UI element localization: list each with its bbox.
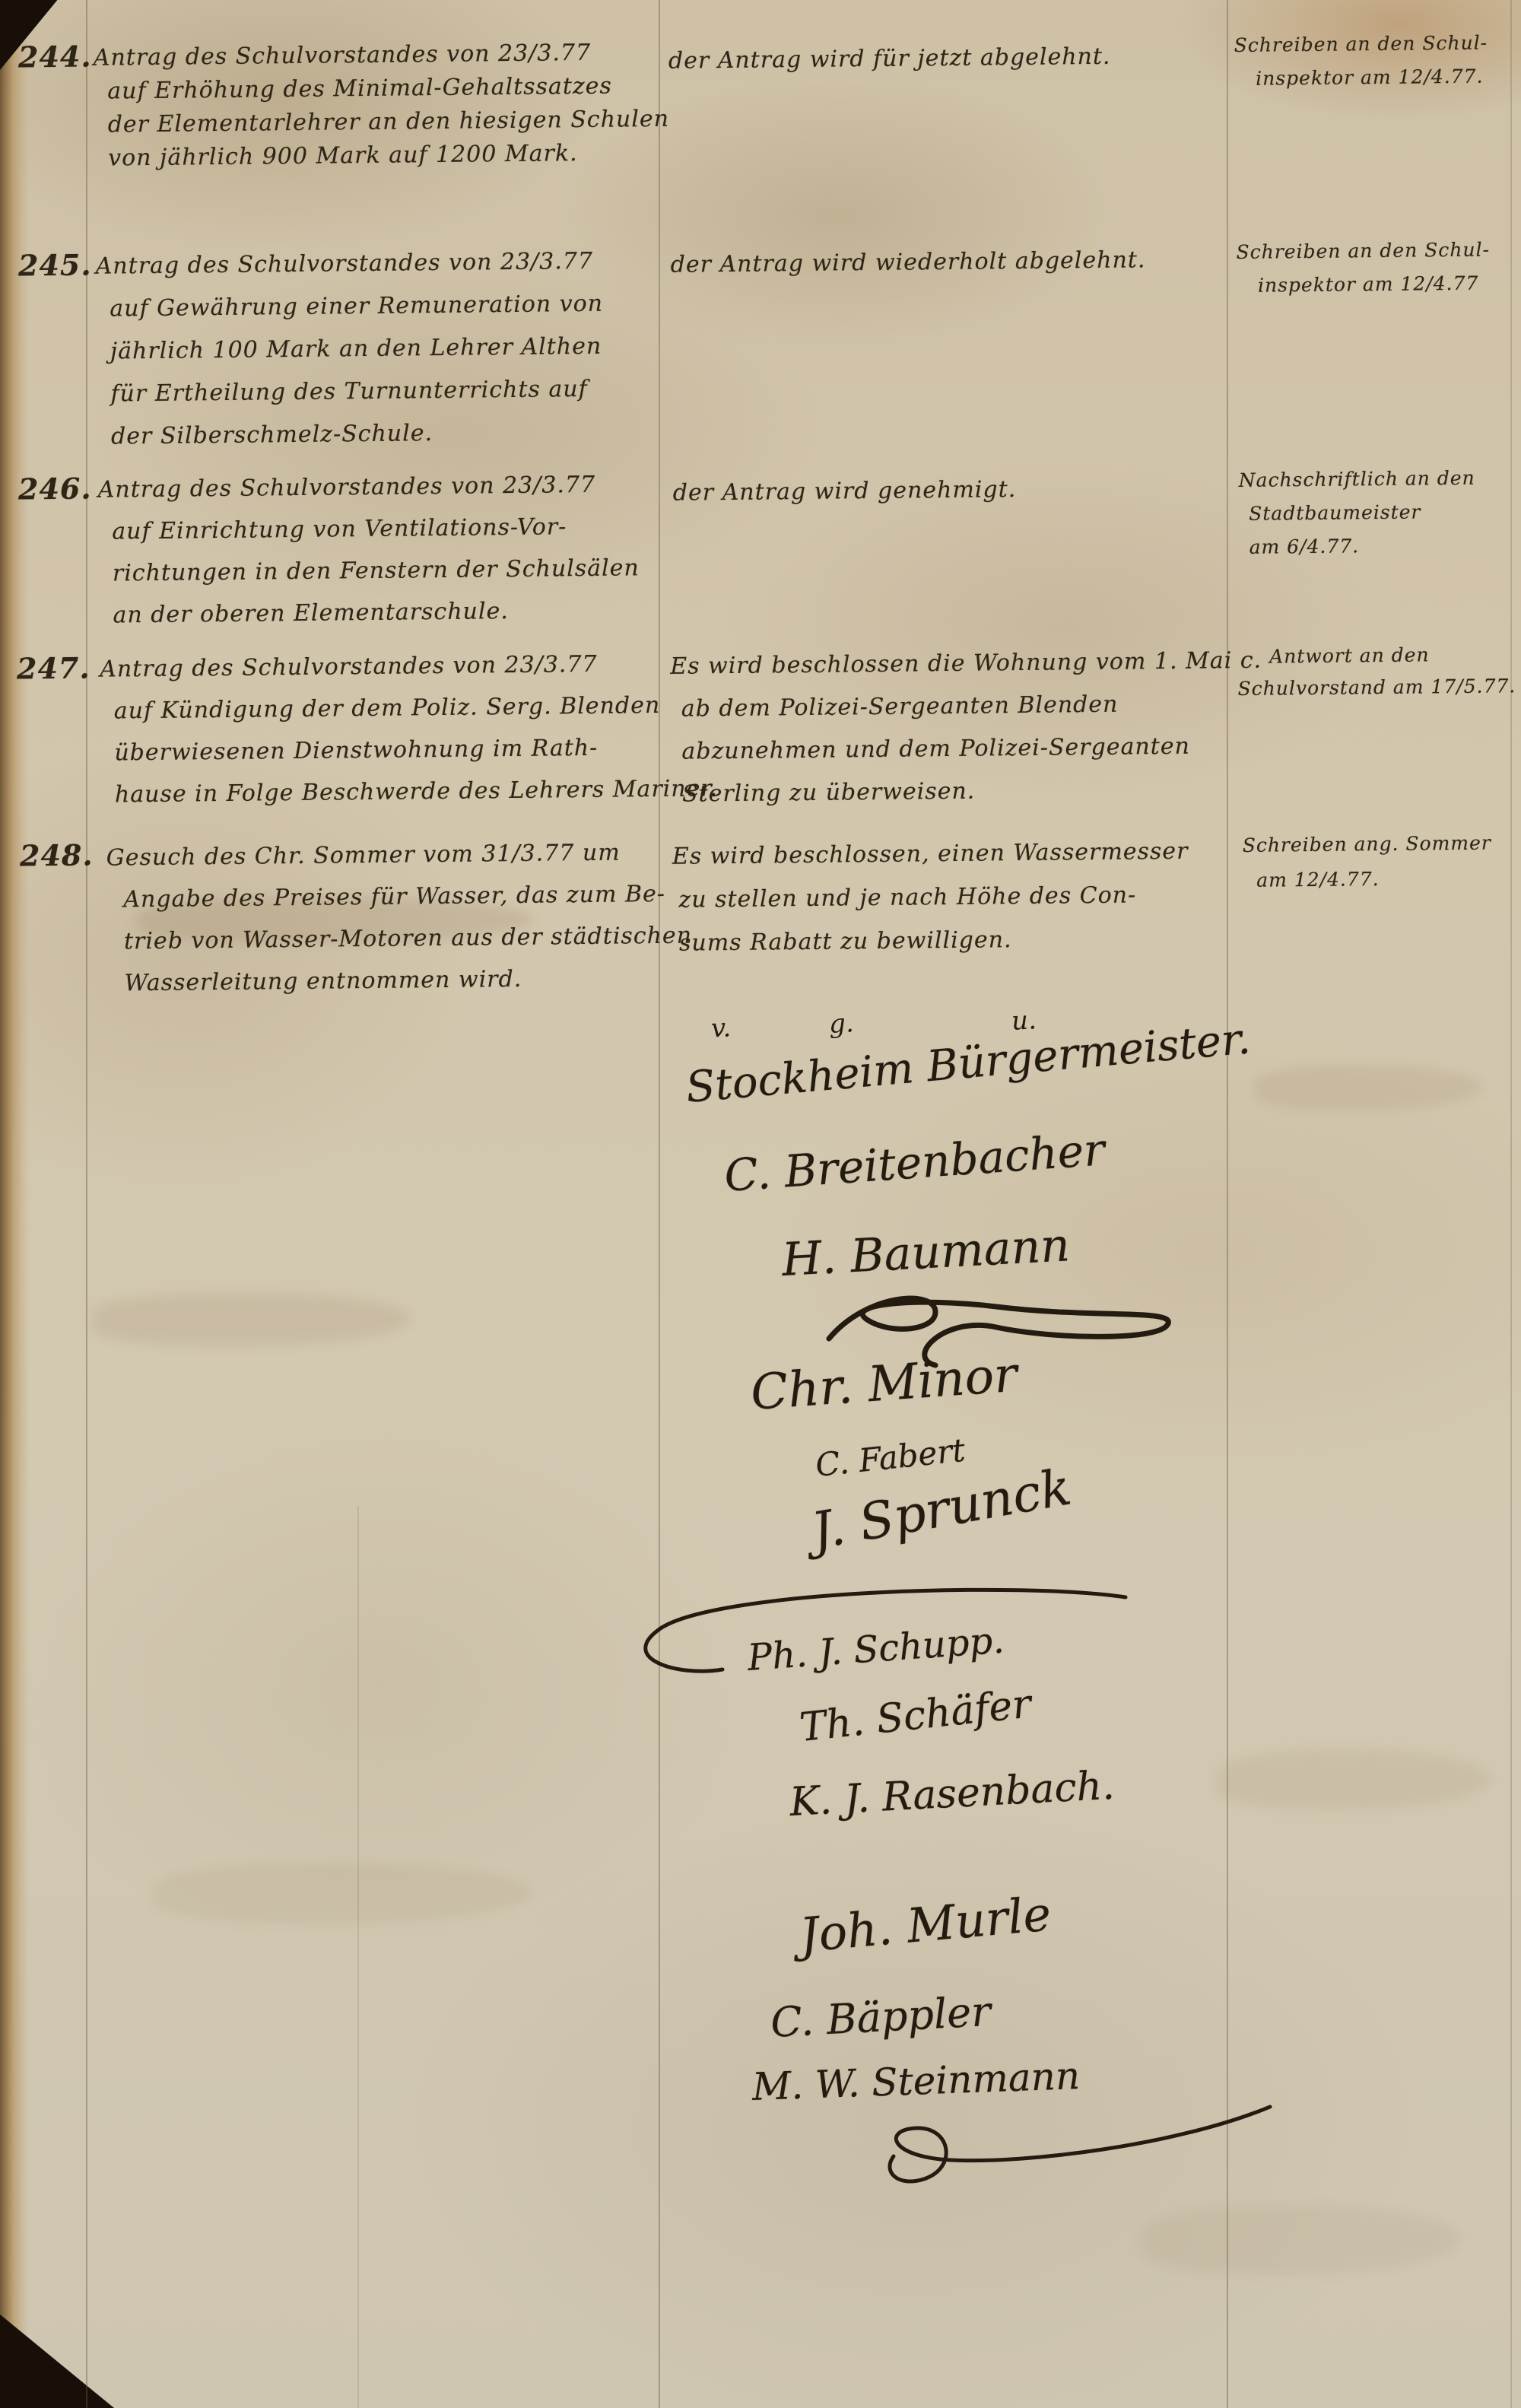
ink-bleed-smudge <box>1217 1749 1491 1810</box>
signature: C. Bäppler <box>770 1987 992 2047</box>
note-line: inspektor am 12/4.77 <box>1258 272 1479 297</box>
signature-mayor: Stockheim Bürgermeister. <box>684 1014 1252 1113</box>
ink-bleed-smudge <box>152 1863 532 1924</box>
entry-number: 246. <box>18 471 92 506</box>
note-line: Nachschriftlich an den <box>1239 467 1475 491</box>
decision-line: ab dem Polizei-Sergeanten Blenden <box>681 691 1119 723</box>
note-line: Schreiben ang. Sommer <box>1243 832 1491 856</box>
paper-crease <box>357 1506 359 2408</box>
request-line: für Ertheilung des Turnunterrichts auf <box>110 376 588 408</box>
signature: C. Breitenbacher <box>722 1123 1107 1202</box>
request-line: überwiesenen Dienstwohnung im Rath- <box>114 735 598 767</box>
signature: H. Baumann <box>780 1218 1071 1287</box>
request-line: an der oberen Elementarschule. <box>113 598 509 628</box>
decision-line: Es wird beschlossen die Wohnung vom 1. M… <box>670 647 1262 680</box>
signature: C. Fabert <box>814 1431 967 1484</box>
request-line: Antrag des Schulvorstandes von 23/3.77 <box>98 472 596 504</box>
request-line: Antrag des Schulvorstandes von 23/3.77 <box>100 651 598 683</box>
request-line: Antrag des Schulvorstandes von 23/3.77 <box>95 248 593 280</box>
request-line: auf Einrichtung von Ventilations-Vor- <box>112 513 567 545</box>
page-right-edge-rule <box>1510 0 1512 2408</box>
decision-line: der Antrag wird genehmigt. <box>673 476 1017 507</box>
note-line: inspektor am 12/4.77. <box>1256 65 1484 90</box>
decision-line: der Antrag wird für jetzt abgelehnt. <box>668 43 1111 75</box>
request-line: Antrag des Schulvorstandes von 23/3.77 <box>94 40 592 71</box>
ink-bleed-smudge <box>1141 2206 1460 2274</box>
request-line: der Elementarlehrer an den hiesigen Schu… <box>108 106 670 138</box>
decision-line: der Antrag wird wiederholt abgelehnt. <box>671 246 1146 278</box>
attestation-mark: g. <box>828 1008 855 1040</box>
note-line: Stadtbaumeister <box>1249 500 1421 524</box>
signature-end-flourish <box>859 2099 1285 2198</box>
decision-line: sums Rabatt zu bewilligen. <box>679 926 1012 957</box>
request-line: hause in Folge Beschwerde des Lehrers Ma… <box>115 775 718 808</box>
note-line: am 6/4.77. <box>1249 535 1359 558</box>
signature: K. J. Rasenbach. <box>789 1763 1116 1825</box>
manuscript-page: 244. Antrag des Schulvorstandes von 23/3… <box>0 0 1521 2408</box>
entry-number: 248. <box>20 837 94 872</box>
request-line: Wasserleitung entnommen wird. <box>124 966 522 996</box>
request-line: richtungen in den Fenstern der Schulsäle… <box>113 554 640 586</box>
request-line: auf Gewährung einer Remuneration von <box>110 291 603 322</box>
decision-line: zu stellen und je nach Höhe des Con- <box>678 882 1136 913</box>
signature: Th. Schäfer <box>798 1681 1034 1751</box>
request-line: trieb von Wasser-Motoren aus der städtis… <box>124 923 692 955</box>
ink-bleed-smudge <box>1255 1065 1483 1110</box>
signature: Chr. Minor <box>749 1347 1019 1422</box>
signature: Joh. Murle <box>798 1885 1053 1963</box>
request-line: auf Kündigung der dem Poliz. Serg. Blend… <box>114 692 661 725</box>
request-line: Gesuch des Chr. Sommer vom 31/3.77 um <box>106 840 621 872</box>
note-line: Schulvorstand am 17/5.77. <box>1237 675 1516 700</box>
decision-line: Es wird beschlossen, einen Wassermesser <box>672 838 1189 870</box>
entry-number: 247. <box>17 650 90 685</box>
column-rule-note <box>1227 0 1228 2408</box>
request-line: jährlich 100 Mark an den Lehrer Althen <box>110 333 602 365</box>
entry-number: 245. <box>18 247 92 282</box>
attestation-mark: v. <box>710 1012 732 1044</box>
request-line: der Silberschmelz-Schule. <box>111 420 433 450</box>
request-line: von jährlich 900 Mark auf 1200 Mark. <box>108 140 578 171</box>
note-line: am 12/4.77. <box>1256 868 1380 891</box>
note-line: Antwort an den <box>1269 643 1430 667</box>
decision-line: Sterling zu überweisen. <box>682 778 976 808</box>
entry-number: 244. <box>18 39 92 74</box>
note-line: Schreiben an den Schul- <box>1236 239 1490 263</box>
attestation-mark: u. <box>1011 1005 1037 1037</box>
ink-bleed-smudge <box>91 1293 411 1346</box>
column-rule-decision <box>659 0 660 2408</box>
margin-rule <box>86 0 87 2408</box>
decision-line: abzunehmen und dem Polizei-Sergeanten <box>681 733 1190 765</box>
request-line: Angabe des Preises für Wasser, das zum B… <box>123 881 665 913</box>
request-line: auf Erhöhung des Minimal-Gehaltssatzes <box>107 73 612 105</box>
book-binding-edge <box>0 0 29 2408</box>
note-line: Schreiben an den Schul- <box>1234 32 1488 56</box>
